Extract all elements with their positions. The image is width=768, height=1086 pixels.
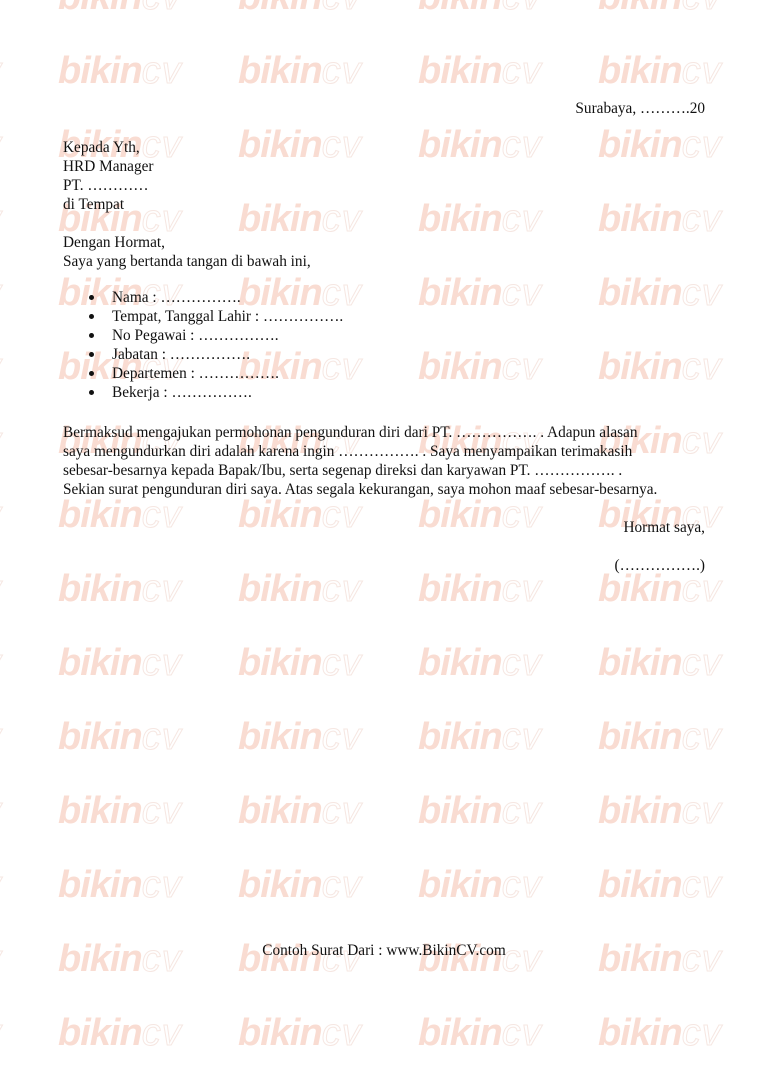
recipient-line-3: PT. ………… <box>63 176 149 195</box>
footer-source: Contoh Surat Dari : www.BikinCV.com <box>0 941 768 960</box>
bullet-icon <box>89 352 94 357</box>
recipient-line-4: di Tempat <box>63 195 124 214</box>
bullet-icon <box>89 333 94 338</box>
detail-value: ……………. <box>263 308 343 325</box>
detail-item-birth: Tempat, Tanggal Lahir : ……………. <box>63 307 343 326</box>
bullet-icon <box>89 390 94 395</box>
detail-label: Departemen <box>112 365 187 382</box>
body-line: saya mengundurkan diri adalah karena ing… <box>63 442 713 461</box>
detail-value: ……………. <box>199 365 279 382</box>
personal-details-list: Nama : ……………. Tempat, Tanggal Lahir : ……… <box>63 288 343 402</box>
bullet-icon <box>89 371 94 376</box>
detail-item-name: Nama : ……………. <box>63 288 343 307</box>
body-line: Bermaksud mengajukan permohonan pengundu… <box>63 423 713 442</box>
detail-item-department: Departemen : ……………. <box>63 364 343 383</box>
detail-label: Nama <box>112 289 149 306</box>
bullet-icon <box>89 295 94 300</box>
recipient-line-2: HRD Manager <box>63 157 153 176</box>
detail-label: Tempat, Tanggal Lahir <box>112 308 251 325</box>
detail-item-employee-no: No Pegawai : ……………. <box>63 326 343 345</box>
signature-placeholder: (…………….) <box>615 556 706 575</box>
closing: Hormat saya, <box>623 518 705 537</box>
recipient-line-1: Kepada Yth, <box>63 138 140 157</box>
detail-value: ……………. <box>171 384 251 401</box>
bullet-icon <box>89 314 94 319</box>
body-line: sebesar-besarnya kepada Bapak/Ibu, serta… <box>63 461 713 480</box>
body-line: Sekian surat pengunduran diri saya. Atas… <box>63 480 713 499</box>
detail-label: No Pegawai <box>112 327 186 344</box>
detail-label: Bekerja <box>112 384 160 401</box>
detail-value: ……………. <box>198 327 278 344</box>
intro-text: Saya yang bertanda tangan di bawah ini, <box>63 252 311 271</box>
greeting: Dengan Hormat, <box>63 233 165 252</box>
body-paragraph: Bermaksud mengajukan permohonan pengundu… <box>63 423 713 499</box>
detail-item-position: Jabatan : ……………. <box>63 345 343 364</box>
detail-label: Jabatan <box>112 346 158 363</box>
letter-page: Surabaya, ……….20 Kepada Yth, HRD Manager… <box>0 0 768 1086</box>
detail-item-tenure: Bekerja : ……………. <box>63 383 343 402</box>
place-date: Surabaya, ……….20 <box>575 99 705 118</box>
detail-value: ……………. <box>160 289 240 306</box>
detail-value: ……………. <box>170 346 250 363</box>
